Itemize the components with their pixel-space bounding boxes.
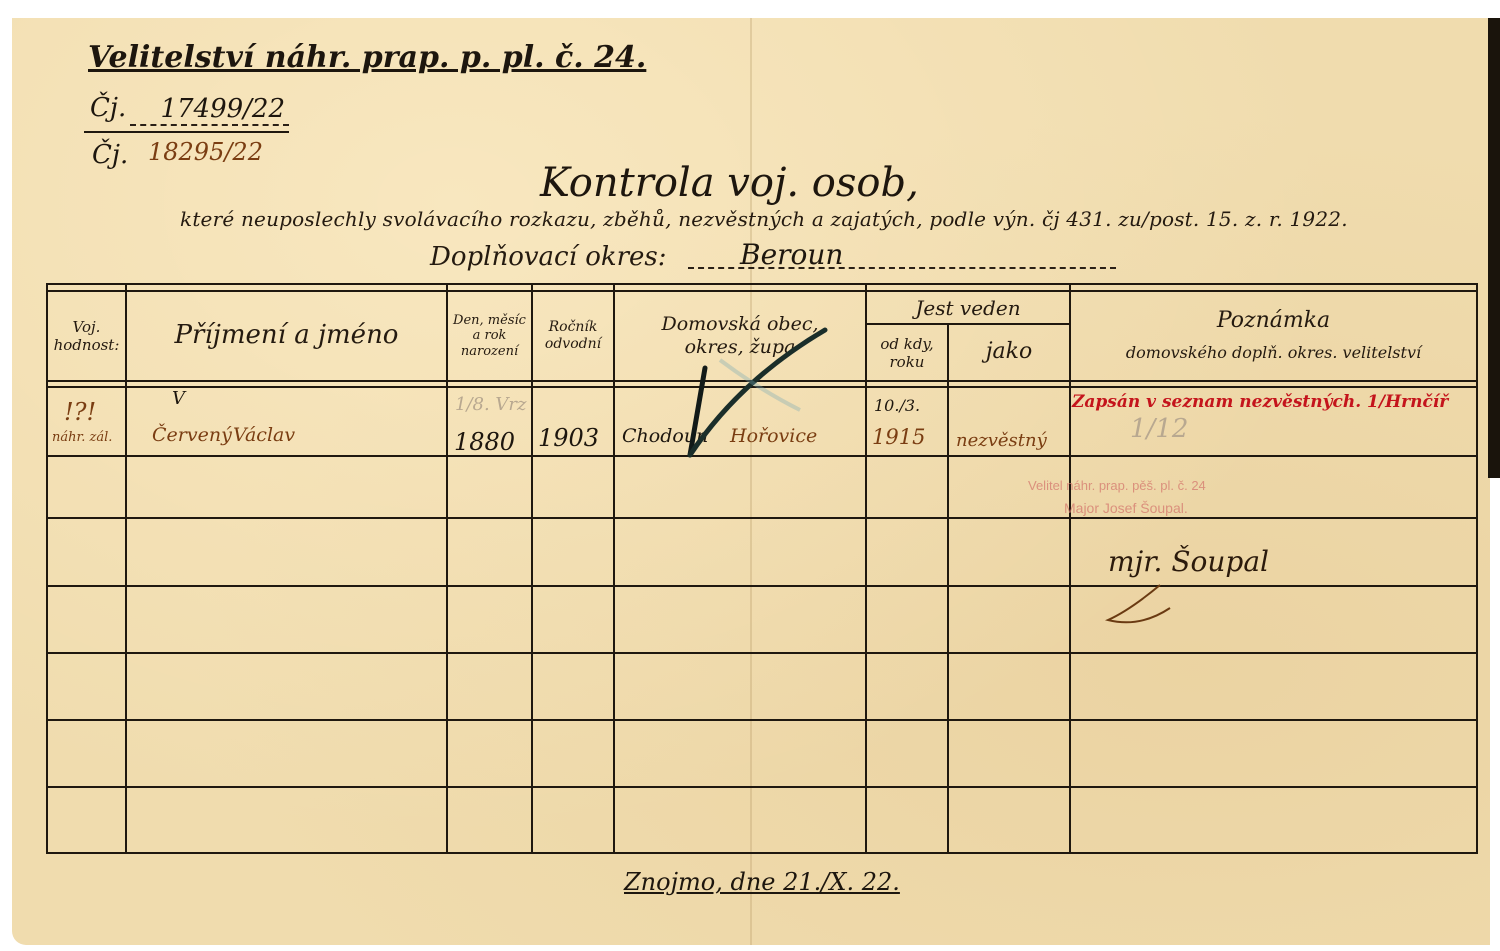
check-mark-icon <box>660 320 860 470</box>
col-header-year-levy: Ročník odvodní <box>533 292 613 380</box>
col-line <box>1476 283 1478 854</box>
firstname: Václav <box>233 424 295 446</box>
ref-number-1: 17499/22 <box>130 94 289 126</box>
scan-edge <box>1488 18 1500 478</box>
row-line <box>46 652 1478 654</box>
rank-mark: !?! <box>64 398 96 426</box>
listed-since-year: 1915 <box>872 425 925 449</box>
col-header-listed-since: od kdy, roku <box>867 325 947 380</box>
note-pencil: 1/12 <box>1130 414 1188 444</box>
col-header-listed: Jest veden <box>867 292 1069 323</box>
row-line <box>46 786 1478 788</box>
col-header-birth: Den, měsíc a rok narození <box>448 292 531 380</box>
ref-underline <box>84 131 289 133</box>
rank-value: náhr. zál. <box>52 430 112 445</box>
col-header-note-sub: domovského doplň. okres. velitelství <box>1071 338 1476 368</box>
office-heading: Velitelství náhr. prap. p. pl. č. 24. <box>88 40 646 75</box>
row-line <box>46 719 1478 721</box>
place-date: Znojmo, dne 21./X. 22. <box>624 868 900 896</box>
listed-since-date: 10./3. <box>874 396 920 415</box>
birth-pencil-note: 1/8. Vrz <box>455 394 527 415</box>
form-title: Kontrola voj. osob, <box>540 160 919 206</box>
birth-year: 1880 <box>454 428 515 456</box>
form-subtitle: které neuposlechly svolávacího rozkazu, … <box>180 208 1348 231</box>
col-header-listed-as: jako <box>949 325 1069 380</box>
col-header-rank: Voj. hodnost: <box>48 292 125 380</box>
ref-number-2: 18295/22 <box>148 138 263 166</box>
ref-label-1: Čj. <box>90 93 126 123</box>
district-label: Doplňovací okres: <box>430 243 667 273</box>
levy-year: 1903 <box>538 424 599 452</box>
signature-flourish-icon <box>1100 580 1220 630</box>
col-header-name: Příjmení a jméno <box>127 292 446 380</box>
listed-as: nezvěstný <box>956 430 1047 451</box>
table-bottom-line <box>46 852 1478 854</box>
district-underline <box>688 267 1116 269</box>
stamp-line-1: Velitel náhr. prap. pěš. pl. č. 24 <box>1028 478 1206 493</box>
row-line <box>46 517 1478 519</box>
paper-fold <box>750 18 752 945</box>
note-text: Zapsán v seznam nezvěstných. 1/Hrnčíř <box>1072 392 1448 412</box>
signature: mjr. Šoupal <box>1108 545 1269 578</box>
stamp-line-2: Major Josef Šoupal. <box>1064 500 1188 516</box>
row-line <box>46 585 1478 587</box>
col-line <box>1069 283 1071 854</box>
table-top-line <box>46 283 1478 285</box>
ref-label-2: Čj. <box>92 140 128 170</box>
surname: Červený <box>152 424 232 446</box>
col-line <box>947 323 949 854</box>
col-header-note-title: Poznámka <box>1071 306 1476 336</box>
name-check-mark: V <box>172 388 185 409</box>
